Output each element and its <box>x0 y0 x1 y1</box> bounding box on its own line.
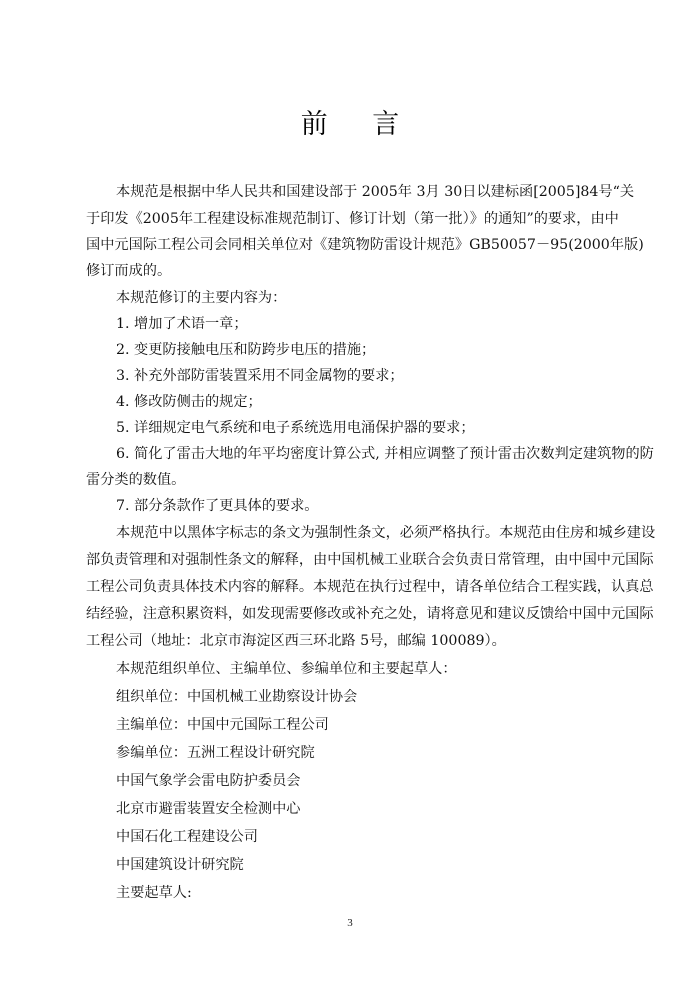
revision-item: 2. 变更防接触电压和防跨步电压的措施； <box>116 341 375 359</box>
revision-item: 4. 修改防侧击的规定； <box>116 393 262 411</box>
participating-unit: 中国石化工程建设公司 <box>116 828 258 846</box>
revision-item: 7. 部分条款作了更具体的要求。 <box>116 497 319 515</box>
revision-item: 6. 简化了雷击大地的年平均密度计算公式, 并相应调整了预计雷击次数判定建筑物的… <box>116 445 654 463</box>
participating-unit: 北京市避雷装置安全检测中心 <box>116 800 300 818</box>
paragraph-line: 工程公司（地址：北京市海淀区西三环北路 5号，邮编 100089）。 <box>86 632 506 650</box>
paragraph-line: 修订而成的。 <box>86 262 171 280</box>
paragraph-line: 本规范是根据中华人民共和国建设部于 2005年 3月 30日以建标函[2005]… <box>116 183 634 201</box>
drafters-line: 主要起草人: <box>116 884 676 902</box>
chief-editor-unit: 主编单位：中国中元国际工程公司 <box>116 716 329 734</box>
page-title: 前 言 <box>0 102 700 141</box>
participating-unit: 中国建筑设计研究院 <box>116 856 244 874</box>
revision-intro: 本规范修订的主要内容为： <box>116 289 286 307</box>
units-intro: 本规范组织单位、主编单位、参编单位和主要起草人： <box>116 660 457 678</box>
paragraph-line: 于印发《2005年工程建设标准规范制订、修订计划（第一批）》的通知”的要求，由中 <box>86 210 619 228</box>
paragraph-line: 国中元国际工程公司会同相关单位对《建筑物防雷设计规范》GB50057－95(20… <box>86 236 644 254</box>
participating-unit: 参编单位：五洲工程设计研究院 <box>116 744 315 762</box>
paragraph-line: 部负责管理和对强制性条文的解释，由中国机械工业联合会负责日常管理，由中国中元国际 <box>86 551 654 569</box>
paragraph-line: 工程公司负责具体技术内容的解释。本规范在执行过程中，请各单位结合工程实践，认真总 <box>86 578 654 596</box>
revision-item: 5. 详细规定电气系统和电子系统选用电涌保护器的要求； <box>116 419 475 437</box>
organizing-unit: 组织单位：中国机械工业勘察设计协会 <box>116 688 357 706</box>
paragraph-line: 结经验，注意积累资料，如发现需要修改或补充之处，请将意见和建议反馈给中国中元国际 <box>86 605 654 623</box>
drafters-label: 主要起草人: <box>116 884 192 902</box>
page-number: 3 <box>0 917 700 929</box>
revision-item: 1. 增加了术语一章； <box>116 315 248 333</box>
revision-item: 3. 补充外部防雷装置采用不同金属物的要求； <box>116 367 404 385</box>
paragraph-line: 本规范中以黑体字标志的条文为强制性条文，必须严格执行。本规范由住房和城乡建设 <box>116 524 655 542</box>
participating-unit: 中国气象学会雷电防护委员会 <box>116 772 300 790</box>
revision-item: 雷分类的数值。 <box>86 471 185 489</box>
